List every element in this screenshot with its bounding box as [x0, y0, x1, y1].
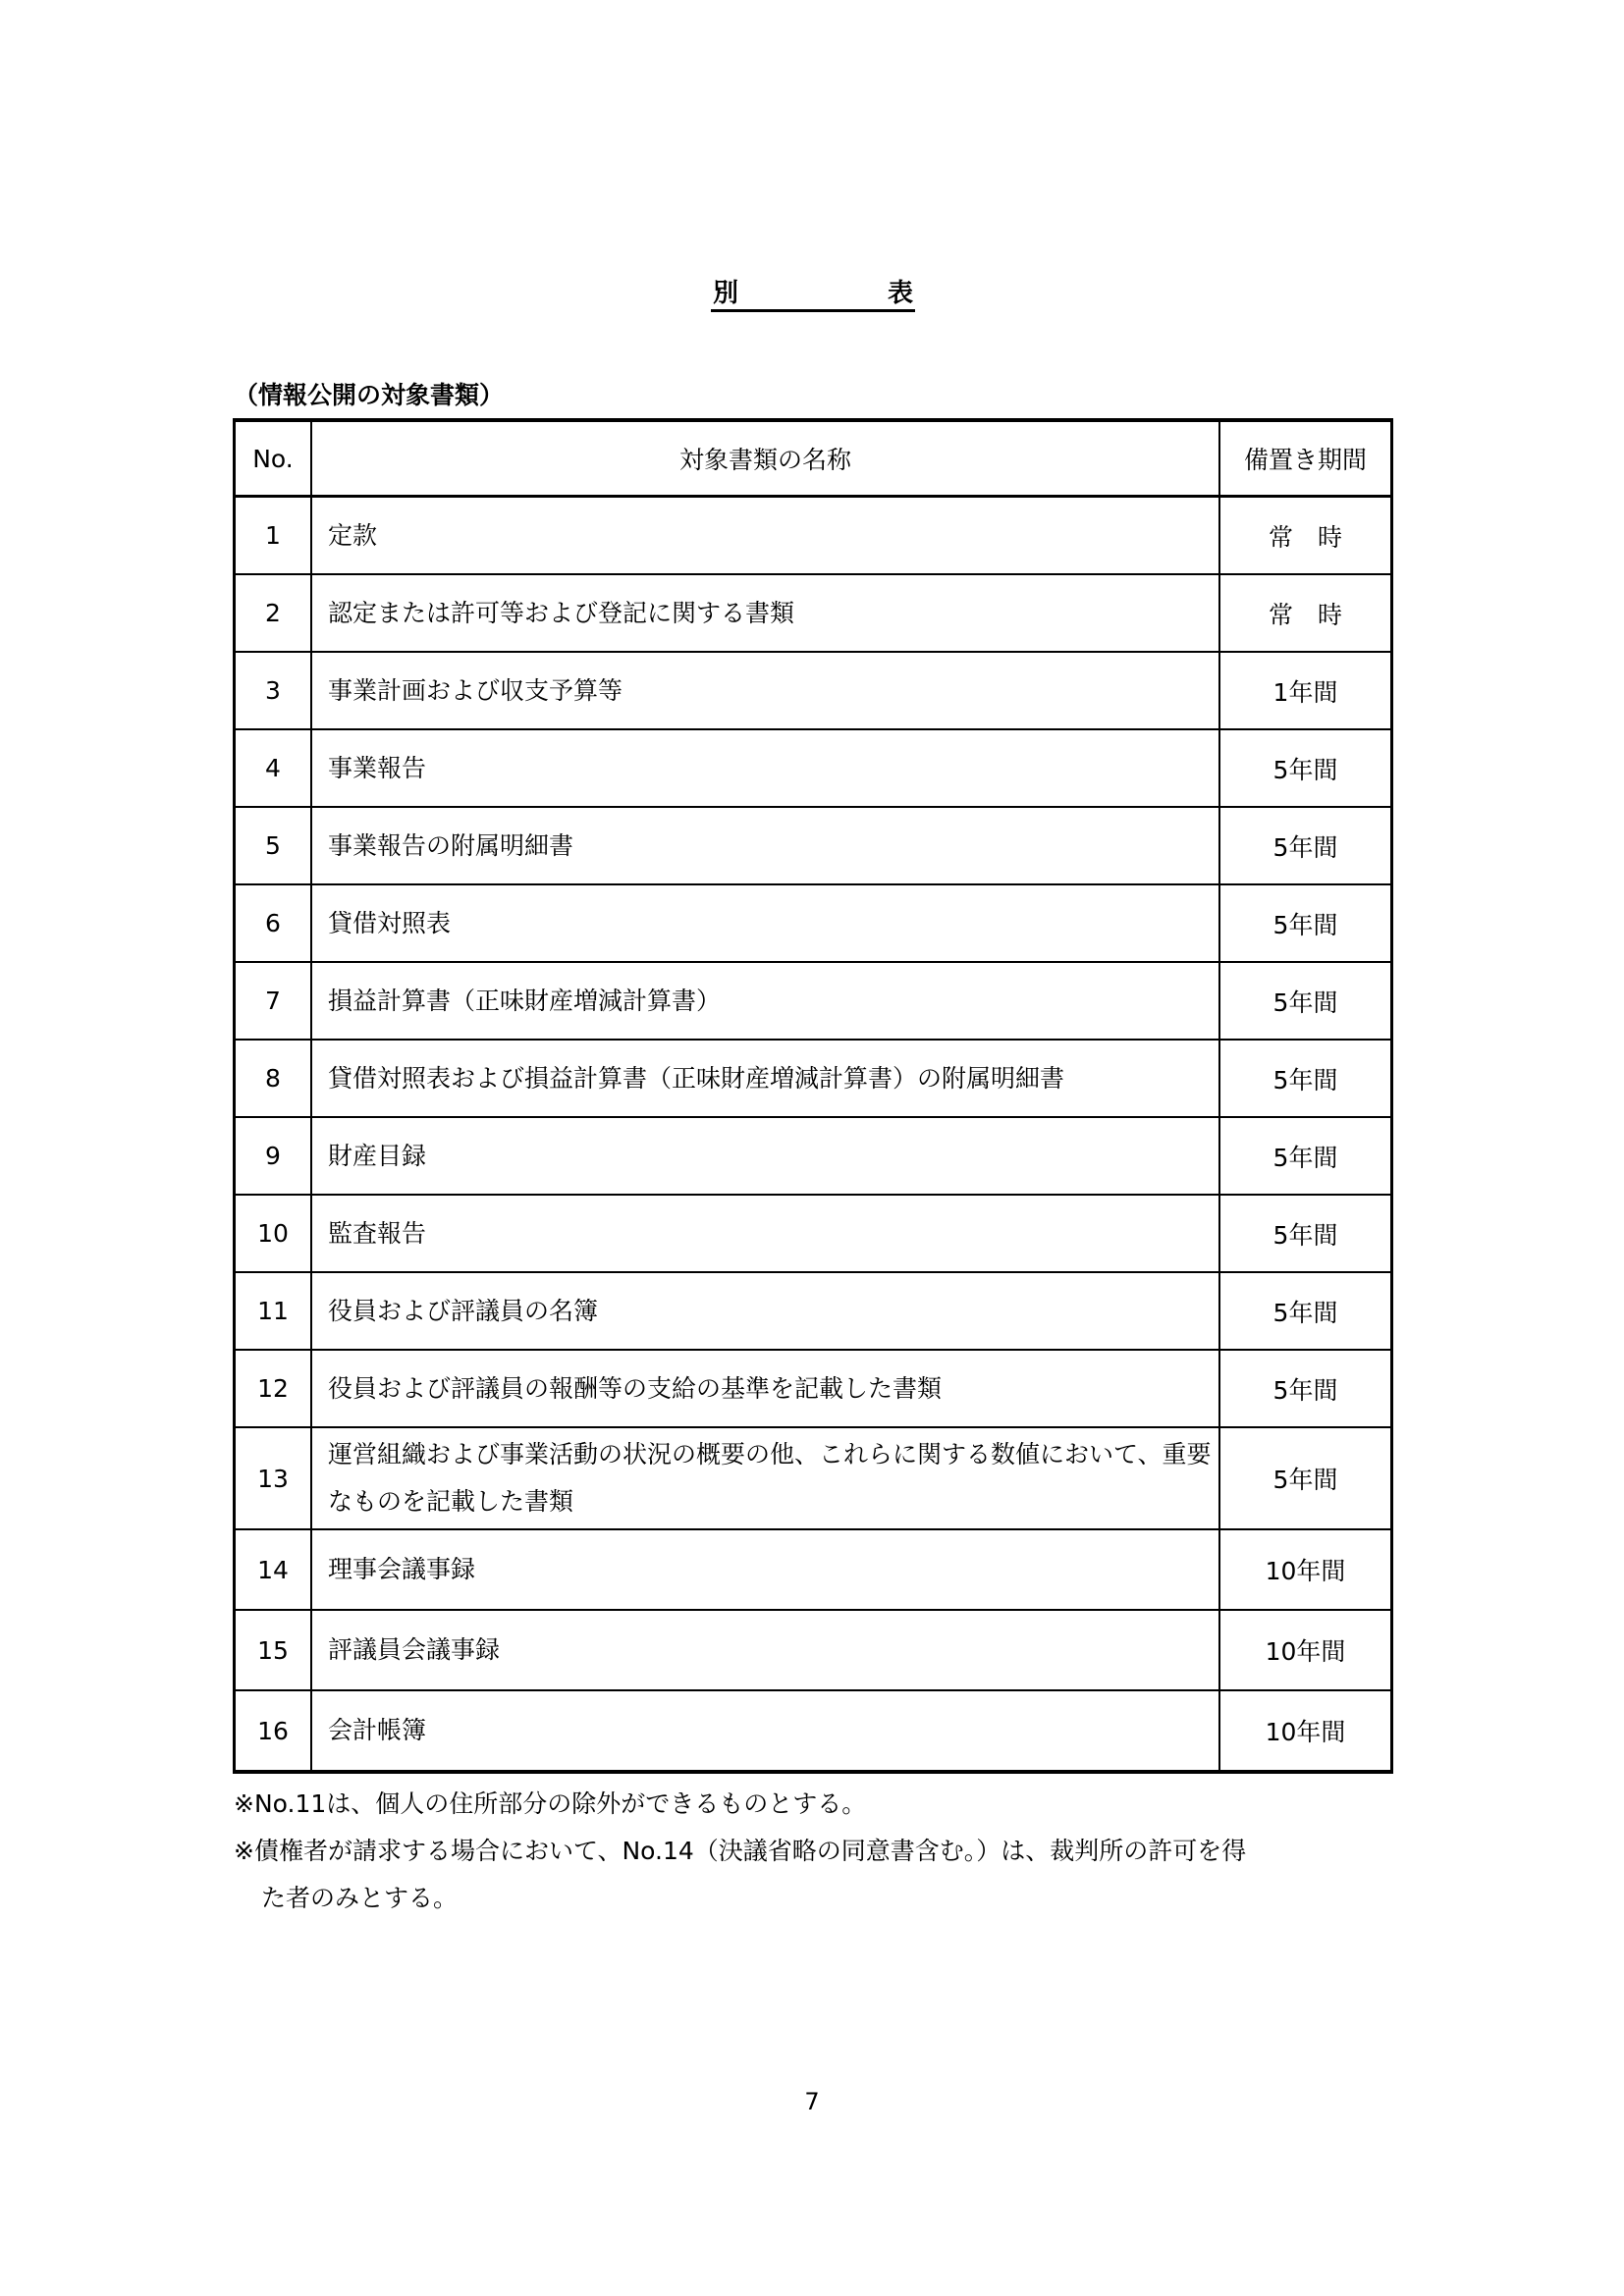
row-no: 8 — [235, 1040, 312, 1117]
table-row: 1 定款 常 時 — [235, 497, 1392, 575]
footnote-2-continued: た者のみとする。 — [234, 1875, 1402, 1922]
row-name: 貸借対照表 — [311, 884, 1219, 962]
footnote-1: ※No.11は、個人の住所部分の除外ができるものとする。 — [234, 1781, 1402, 1828]
table-row: 4 事業報告 5年間 — [235, 729, 1392, 807]
row-period: 10年間 — [1219, 1610, 1392, 1690]
row-name: 貸借対照表および損益計算書（正味財産増減計算書）の附属明細書 — [311, 1040, 1219, 1117]
table-row: 12 役員および評議員の報酬等の支給の基準を記載した書類 5年間 — [235, 1350, 1392, 1427]
row-no: 2 — [235, 574, 312, 652]
table-row: 3 事業計画および収支予算等 1年間 — [235, 652, 1392, 729]
header-no: No. — [235, 420, 312, 497]
row-period: 5年間 — [1219, 1040, 1392, 1117]
row-no: 10 — [235, 1195, 312, 1272]
row-name: 事業報告 — [311, 729, 1219, 807]
table-caption: （情報公開の対象書類） — [234, 379, 504, 412]
row-period: 5年間 — [1219, 1427, 1392, 1529]
row-no: 3 — [235, 652, 312, 729]
row-period: 10年間 — [1219, 1529, 1392, 1610]
row-name: 会計帳簿 — [311, 1690, 1219, 1772]
row-period: 5年間 — [1219, 1117, 1392, 1195]
footnotes: ※No.11は、個人の住所部分の除外ができるものとする。 ※債権者が請求する場合… — [234, 1781, 1402, 1922]
row-no: 11 — [235, 1272, 312, 1350]
row-no: 7 — [235, 962, 312, 1040]
table-row: 2 認定または許可等および登記に関する書類 常 時 — [235, 574, 1392, 652]
row-period: 5年間 — [1219, 729, 1392, 807]
row-name: 事業報告の附属明細書 — [311, 807, 1219, 884]
row-period: 5年間 — [1219, 1195, 1392, 1272]
footnote-2: ※債権者が請求する場合において、No.14（決議省略の同意書含む。）は、裁判所の… — [234, 1828, 1402, 1875]
row-no: 9 — [235, 1117, 312, 1195]
page-title-right: 表 — [888, 277, 913, 310]
row-name: 事業計画および収支予算等 — [311, 652, 1219, 729]
row-no: 6 — [235, 884, 312, 962]
row-period: 5年間 — [1219, 807, 1392, 884]
table-row: 10 監査報告 5年間 — [235, 1195, 1392, 1272]
table-row: 15 評議員会議事録 10年間 — [235, 1610, 1392, 1690]
row-name: 損益計算書（正味財産増減計算書） — [311, 962, 1219, 1040]
header-name: 対象書類の名称 — [311, 420, 1219, 497]
page-title-left: 別 — [713, 277, 738, 310]
table-row: 5 事業報告の附属明細書 5年間 — [235, 807, 1392, 884]
table-row: 13 運営組織および事業活動の状況の概要の他、これらに関する数値において、重要な… — [235, 1427, 1392, 1529]
documents-table: No. 対象書類の名称 備置き期間 1 定款 常 時 2 認定または許可等および… — [233, 418, 1393, 1774]
row-period: 5年間 — [1219, 884, 1392, 962]
row-no: 15 — [235, 1610, 312, 1690]
row-period: 5年間 — [1219, 962, 1392, 1040]
page-title: 別 表 — [711, 277, 915, 312]
row-period: 常 時 — [1219, 497, 1392, 575]
row-name: 評議員会議事録 — [311, 1610, 1219, 1690]
row-no: 5 — [235, 807, 312, 884]
table-row: 14 理事会議事録 10年間 — [235, 1529, 1392, 1610]
row-period: 5年間 — [1219, 1350, 1392, 1427]
row-no: 14 — [235, 1529, 312, 1610]
table-row: 8 貸借対照表および損益計算書（正味財産増減計算書）の附属明細書 5年間 — [235, 1040, 1392, 1117]
row-no: 16 — [235, 1690, 312, 1772]
page-number: 7 — [802, 2087, 822, 2116]
row-name: 財産目録 — [311, 1117, 1219, 1195]
row-name: 監査報告 — [311, 1195, 1219, 1272]
table-row: 16 会計帳簿 10年間 — [235, 1690, 1392, 1772]
header-period: 備置き期間 — [1219, 420, 1392, 497]
row-name: 役員および評議員の名簿 — [311, 1272, 1219, 1350]
row-name: 定款 — [311, 497, 1219, 575]
row-no: 4 — [235, 729, 312, 807]
row-no: 1 — [235, 497, 312, 575]
row-period: 10年間 — [1219, 1690, 1392, 1772]
table-row: 6 貸借対照表 5年間 — [235, 884, 1392, 962]
row-name: 認定または許可等および登記に関する書類 — [311, 574, 1219, 652]
row-no: 12 — [235, 1350, 312, 1427]
row-period: 5年間 — [1219, 1272, 1392, 1350]
row-period: 常 時 — [1219, 574, 1392, 652]
row-name: 役員および評議員の報酬等の支給の基準を記載した書類 — [311, 1350, 1219, 1427]
table-row: 9 財産目録 5年間 — [235, 1117, 1392, 1195]
table-row: 11 役員および評議員の名簿 5年間 — [235, 1272, 1392, 1350]
row-name: 運営組織および事業活動の状況の概要の他、これらに関する数値において、重要なものを… — [311, 1427, 1219, 1529]
table-header-row: No. 対象書類の名称 備置き期間 — [235, 420, 1392, 497]
row-name: 理事会議事録 — [311, 1529, 1219, 1610]
table-row: 7 損益計算書（正味財産増減計算書） 5年間 — [235, 962, 1392, 1040]
row-period: 1年間 — [1219, 652, 1392, 729]
row-no: 13 — [235, 1427, 312, 1529]
